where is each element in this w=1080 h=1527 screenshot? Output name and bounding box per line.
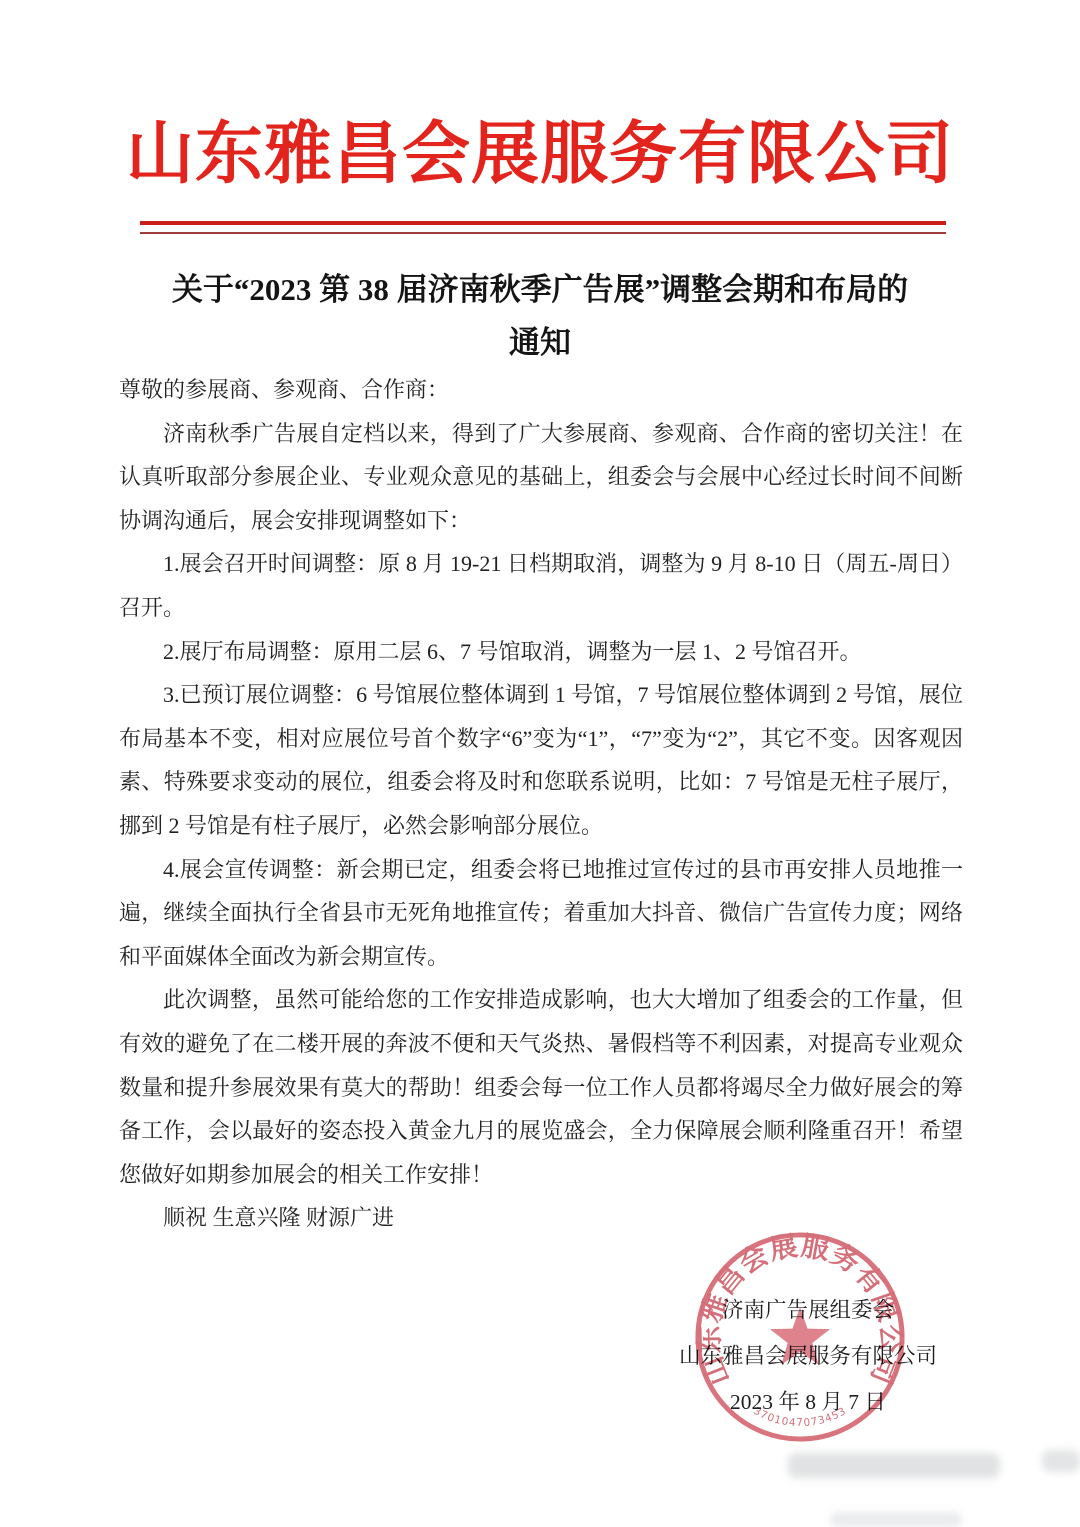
paragraph-intro: 济南秋季广告展自定档以来，得到了广大参展商、参观商、合作商的密切关注！在认真听取… <box>119 412 963 543</box>
document-title-line2: 通知 <box>50 316 1030 369</box>
paragraph-item-2: 2.展厅布局调整：原用二层 6、7 号馆取消，调整为一层 1、2 号馆召开。 <box>119 630 963 674</box>
document-title-line1: 关于“2023 第 38 届济南秋季广告展”调整会期和布局的 <box>50 263 1030 316</box>
document-body: 尊敬的参展商、参观商、合作商： 济南秋季广告展自定档以来，得到了广大参展商、参观… <box>119 368 963 1240</box>
letterhead-divider <box>140 221 946 234</box>
paragraph-conclusion: 此次调整，虽然可能给您的工作安排造成影响，也大大增加了组委会的工作量，但有效的避… <box>119 978 963 1196</box>
scan-artifact <box>788 1453 1000 1478</box>
paragraph-item-3: 3.已预订展位调整：6 号馆展位整体调到 1 号馆，7 号馆展位整体调到 2 号… <box>119 673 963 847</box>
notice-document-page: 山东雅昌会展服务有限公司 关于“2023 第 38 届济南秋季广告展”调整会期和… <box>0 0 1080 1527</box>
scan-artifact <box>1042 1450 1080 1472</box>
closing-wish: 顺祝 生意兴隆 财源广进 <box>119 1196 963 1240</box>
document-title: 关于“2023 第 38 届济南秋季广告展”调整会期和布局的 通知 <box>50 263 1030 369</box>
paragraph-item-1: 1.展会召开时间调整：原 8 月 19-21 日档期取消，调整为 9 月 8-1… <box>119 542 963 629</box>
signature-date: 2023 年 8 月 7 日 <box>672 1379 944 1425</box>
scan-artifact <box>830 1512 962 1527</box>
signature-committee: 济南广告展组委会 <box>672 1287 944 1333</box>
signature-block: 济南广告展组委会 山东雅昌会展服务有限公司 2023 年 8 月 7 日 <box>672 1287 944 1425</box>
divider-rule-thin <box>140 232 946 234</box>
salutation: 尊敬的参展商、参观商、合作商： <box>119 368 963 412</box>
company-letterhead: 山东雅昌会展服务有限公司 <box>0 110 1080 198</box>
signature-company: 山东雅昌会展服务有限公司 <box>672 1333 944 1379</box>
paragraph-item-4: 4.展会宣传调整：新会期已定，组委会将已地推过宣传过的县市再安排人员地推一遍，继… <box>119 848 963 979</box>
divider-rule-thick <box>140 221 946 225</box>
